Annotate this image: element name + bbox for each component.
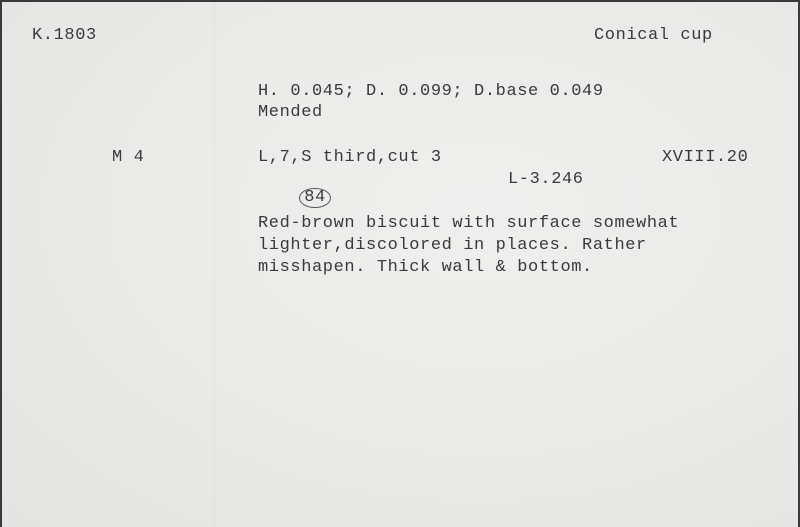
location-code: M 4 bbox=[112, 148, 144, 168]
description-line-2: lighter,discolored in places. Rather bbox=[258, 236, 647, 256]
card-crease bbox=[214, 2, 215, 527]
find-context: L,7,S third,cut 3 bbox=[258, 148, 442, 168]
reference-number: L-3.246 bbox=[508, 170, 584, 190]
date-code: XVIII.20 bbox=[662, 148, 748, 168]
description-line-3: misshapen. Thick wall & bottom. bbox=[258, 258, 593, 278]
object-type: Conical cup bbox=[594, 26, 713, 46]
catalog-card: K.1803 Conical cup H. 0.045; D. 0.099; D… bbox=[2, 2, 798, 527]
catalog-number: K.1803 bbox=[32, 26, 97, 46]
circled-number: 84 bbox=[299, 188, 331, 208]
condition: Mended bbox=[258, 103, 323, 123]
description-line-1: Red-brown biscuit with surface somewhat bbox=[258, 214, 679, 234]
dimensions: H. 0.045; D. 0.099; D.base 0.049 bbox=[258, 82, 604, 102]
